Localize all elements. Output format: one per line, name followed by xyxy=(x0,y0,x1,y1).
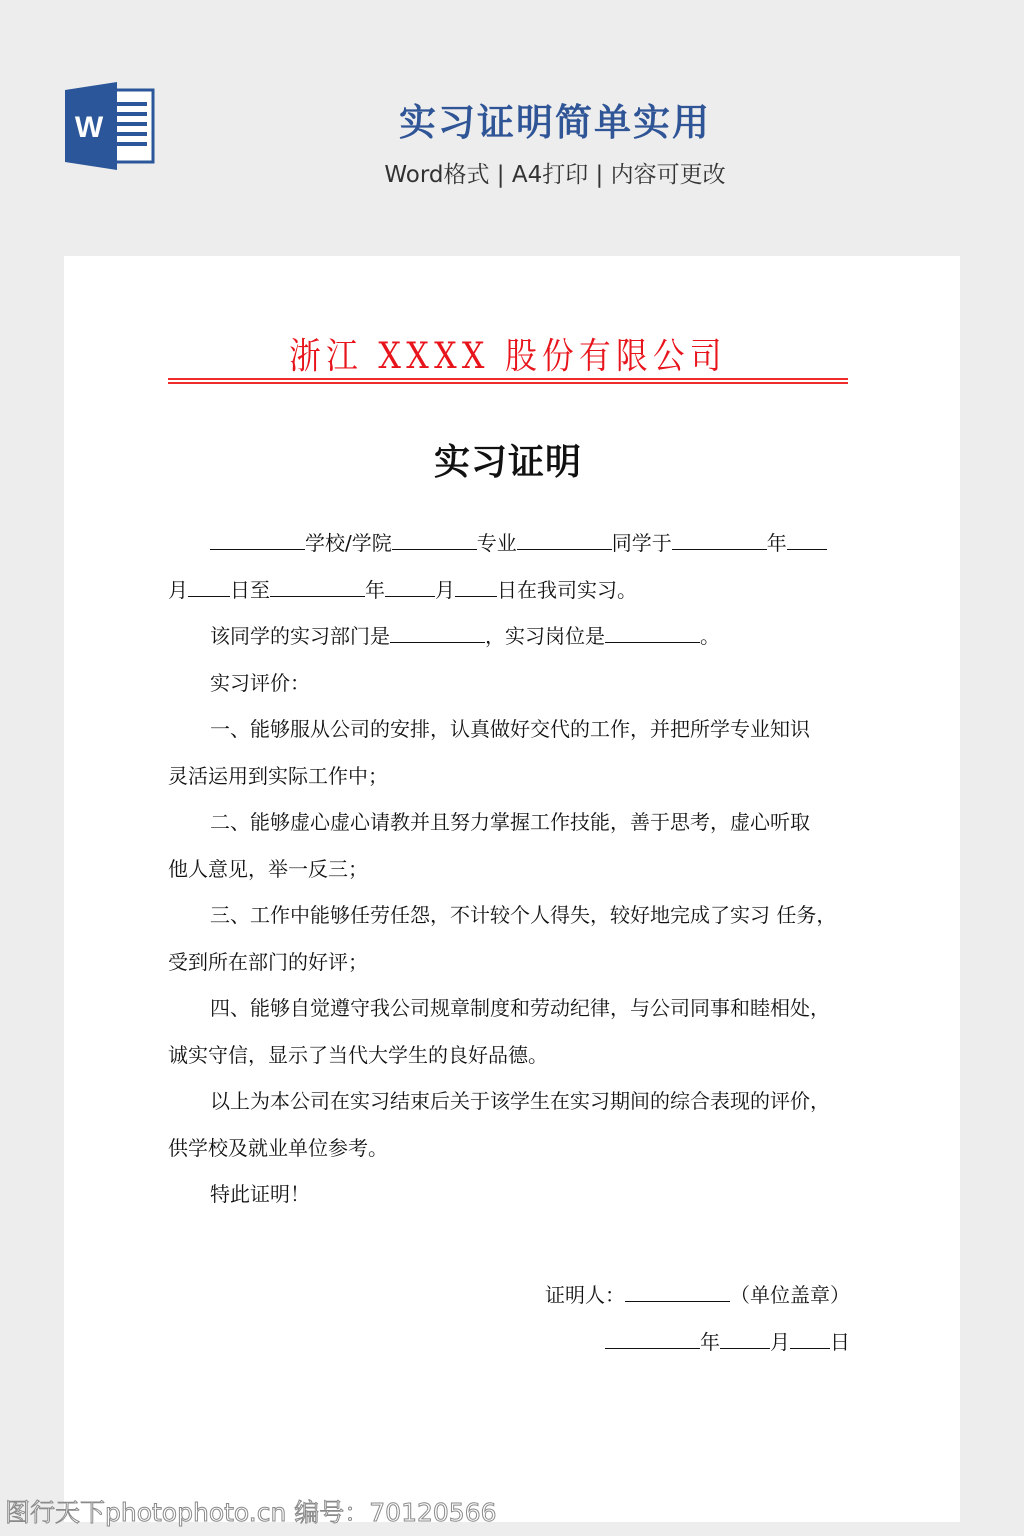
signature-block: 证明人：（单位盖章） 年月日 xyxy=(545,1272,850,1366)
department-line: 该同学的实习部门是，实习岗位是。 xyxy=(168,613,858,660)
date-line: 年月日 xyxy=(545,1319,850,1366)
watermark: 图行天下photophoto.cn 编号：70120566 xyxy=(5,1493,497,1529)
evaluation-item-1: 一、能够服从公司的安排，认真做好交代的工作，并把所学专业知识 xyxy=(168,706,858,753)
evaluation-label: 实习评价： xyxy=(168,660,858,707)
blank-end-day[interactable] xyxy=(455,580,497,597)
document-title: 实习证明 xyxy=(168,434,848,485)
header-divider xyxy=(168,378,848,384)
blank-end-year[interactable] xyxy=(270,580,365,597)
blank-position[interactable] xyxy=(605,626,700,643)
signer-line: 证明人：（单位盖章） xyxy=(545,1272,850,1319)
blank-end-month[interactable] xyxy=(385,580,435,597)
evaluation-item-4: 四、能够自觉遵守我公司规章制度和劳动纪律，与公司同事和睦相处， xyxy=(168,985,858,1032)
summary-line: 以上为本公司在实习结束后关于该学生在实习期间的综合表现的评价， xyxy=(168,1078,858,1125)
intro-line-1: 学校/学院专业同学于年 xyxy=(168,520,858,567)
blank-sign-day[interactable] xyxy=(790,1332,830,1349)
blank-start-month[interactable] xyxy=(787,533,827,550)
blank-department[interactable] xyxy=(390,626,485,643)
evaluation-item-2-cont: 他人意见，举一反三； xyxy=(168,846,858,893)
blank-signer[interactable] xyxy=(625,1285,730,1302)
blank-sign-month[interactable] xyxy=(720,1332,770,1349)
blank-sign-year[interactable] xyxy=(605,1332,700,1349)
svg-text:W: W xyxy=(75,111,104,144)
blank-major[interactable] xyxy=(392,533,477,550)
evaluation-item-1-cont: 灵活运用到实际工作中； xyxy=(168,753,858,800)
summary-line-cont: 供学校及就业单位参考。 xyxy=(168,1125,858,1172)
page-subtitle: Word格式 | A4打印 | 内容可更改 xyxy=(300,156,810,189)
blank-start-day[interactable] xyxy=(188,580,230,597)
evaluation-item-2: 二、能够虚心虚心请教并且努力掌握工作技能，善于思考，虚心听取 xyxy=(168,799,858,846)
evaluation-item-4-cont: 诚实守信，显示了当代大学生的良好品德。 xyxy=(168,1032,858,1079)
intro-line-2: 月日至年月日在我司实习。 xyxy=(168,567,858,614)
page-title: 实习证明简单实用 xyxy=(300,92,810,146)
blank-start-year[interactable] xyxy=(672,533,767,550)
blank-school[interactable] xyxy=(210,533,305,550)
document-page: 浙江 XXXX 股份有限公司 实习证明 学校/学院专业同学于年 月日至年月日在我… xyxy=(64,256,960,1522)
blank-student[interactable] xyxy=(517,533,612,550)
evaluation-item-3-cont: 受到所在部门的好评； xyxy=(168,939,858,986)
document-body: 学校/学院专业同学于年 月日至年月日在我司实习。 该同学的实习部门是，实习岗位是… xyxy=(168,520,858,1218)
closing-line: 特此证明！ xyxy=(168,1171,858,1218)
word-icon: W xyxy=(65,82,155,170)
evaluation-item-3: 三、工作中能够任劳任怨，不计较个人得失，较好地完成了实习 任务， xyxy=(168,892,858,939)
company-name: 浙江 XXXX 股份有限公司 xyxy=(209,328,807,379)
